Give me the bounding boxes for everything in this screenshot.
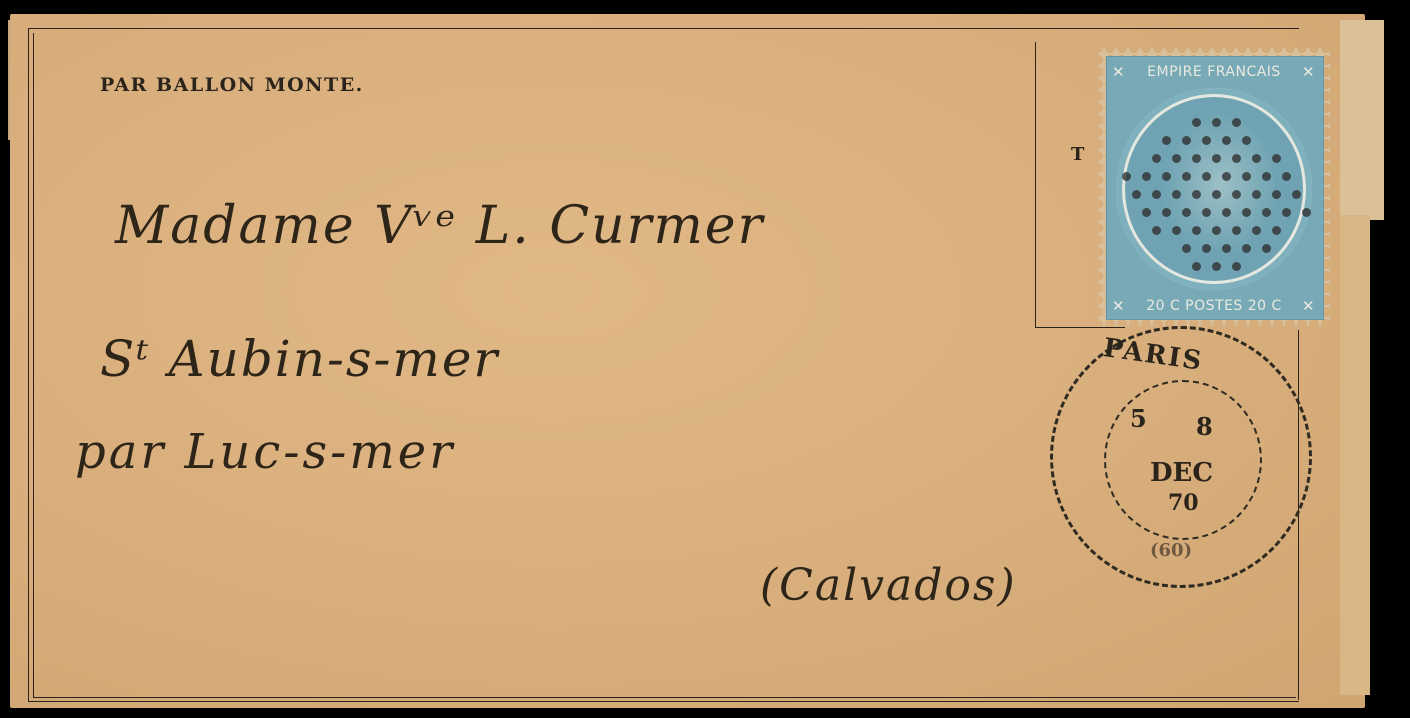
cancel-dot	[1162, 136, 1171, 145]
cancel-dot	[1262, 244, 1271, 253]
stamp-corner-icon: ✕	[1112, 63, 1125, 81]
cancel-dot	[1252, 226, 1261, 235]
cancel-dot	[1172, 190, 1181, 199]
cancel-dot	[1142, 208, 1151, 217]
cancel-dot	[1262, 208, 1271, 217]
partial-printed-text: T	[1071, 144, 1084, 165]
cancel-dot	[1182, 244, 1191, 253]
cancel-dot	[1152, 226, 1161, 235]
stamp-box-bottom	[1035, 327, 1125, 328]
address-line-4: (Calvados)	[760, 560, 1017, 611]
cancel-dot	[1272, 226, 1281, 235]
cancel-dot	[1232, 262, 1241, 271]
cancel-dot	[1172, 226, 1181, 235]
address-line-2: Sᵗ Aubin-s-mer	[100, 330, 499, 388]
postmark-hour: 5	[1130, 404, 1147, 433]
cancel-dot	[1192, 154, 1201, 163]
cancel-dot	[1282, 172, 1291, 181]
stamp-bottom-text: 20 C POSTES 20 C	[1130, 298, 1298, 314]
cancel-dot	[1152, 154, 1161, 163]
cancel-dot	[1142, 172, 1151, 181]
cancel-dot	[1232, 226, 1241, 235]
cancel-dot	[1302, 208, 1311, 217]
postmark-month: DEC	[1150, 458, 1213, 488]
cancel-dot	[1182, 172, 1191, 181]
address-line-3: par Luc-s-mer	[75, 424, 455, 480]
cancel-dot	[1262, 172, 1271, 181]
postmark-day: 8	[1196, 412, 1213, 441]
cancel-dot	[1212, 154, 1221, 163]
cancel-dot	[1272, 190, 1281, 199]
cancel-dot	[1242, 244, 1251, 253]
cancel-dot	[1202, 136, 1211, 145]
cancel-dot	[1202, 208, 1211, 217]
cancel-dot	[1282, 208, 1291, 217]
cancel-dot	[1232, 118, 1241, 127]
postmark-number: (60)	[1150, 540, 1192, 561]
cancel-dot	[1192, 118, 1201, 127]
cancel-dot	[1222, 136, 1231, 145]
cancel-dot	[1212, 118, 1221, 127]
cancel-dot	[1192, 226, 1201, 235]
cancel-dot	[1242, 136, 1251, 145]
cancel-dot	[1182, 136, 1191, 145]
cancel-dot	[1242, 172, 1251, 181]
cancel-dot	[1232, 154, 1241, 163]
cancel-dot	[1202, 244, 1211, 253]
cancel-dot	[1132, 190, 1141, 199]
cancel-dot	[1212, 190, 1221, 199]
cancel-dot	[1202, 172, 1211, 181]
printed-header: PAR BALLON MONTE.	[100, 74, 364, 96]
postmark-year: 70	[1168, 490, 1199, 516]
cancel-dot	[1162, 208, 1171, 217]
cancel-dot	[1242, 208, 1251, 217]
stamp-corner-icon: ✕	[1302, 63, 1315, 81]
cancel-dot	[1292, 190, 1301, 199]
stamp-corner-icon: ✕	[1302, 297, 1315, 315]
cancel-dot	[1162, 172, 1171, 181]
stamp-corner-icon: ✕	[1112, 297, 1125, 315]
stamp-box-line	[1035, 42, 1036, 327]
stamp-top-text: EMPIRE FRANCAIS	[1130, 64, 1298, 80]
right-fold	[1340, 215, 1370, 695]
cancel-dot	[1182, 208, 1191, 217]
cancel-dot	[1192, 262, 1201, 271]
right-fold-top	[1340, 20, 1384, 220]
cancel-dot	[1272, 154, 1281, 163]
cancel-dot	[1222, 208, 1231, 217]
cancel-dot	[1222, 172, 1231, 181]
cancel-dot	[1252, 190, 1261, 199]
address-line-1: Madame Vᵛᵉ L. Curmer	[115, 196, 764, 256]
cancel-dot	[1252, 154, 1261, 163]
cancel-dot	[1212, 226, 1221, 235]
cancel-dot	[1192, 190, 1201, 199]
cancel-dot	[1172, 154, 1181, 163]
cancel-dot	[1212, 262, 1221, 271]
cancel-dot	[1232, 190, 1241, 199]
cancel-dot	[1222, 244, 1231, 253]
cancel-dot	[1122, 172, 1131, 181]
cancel-dot	[1152, 190, 1161, 199]
